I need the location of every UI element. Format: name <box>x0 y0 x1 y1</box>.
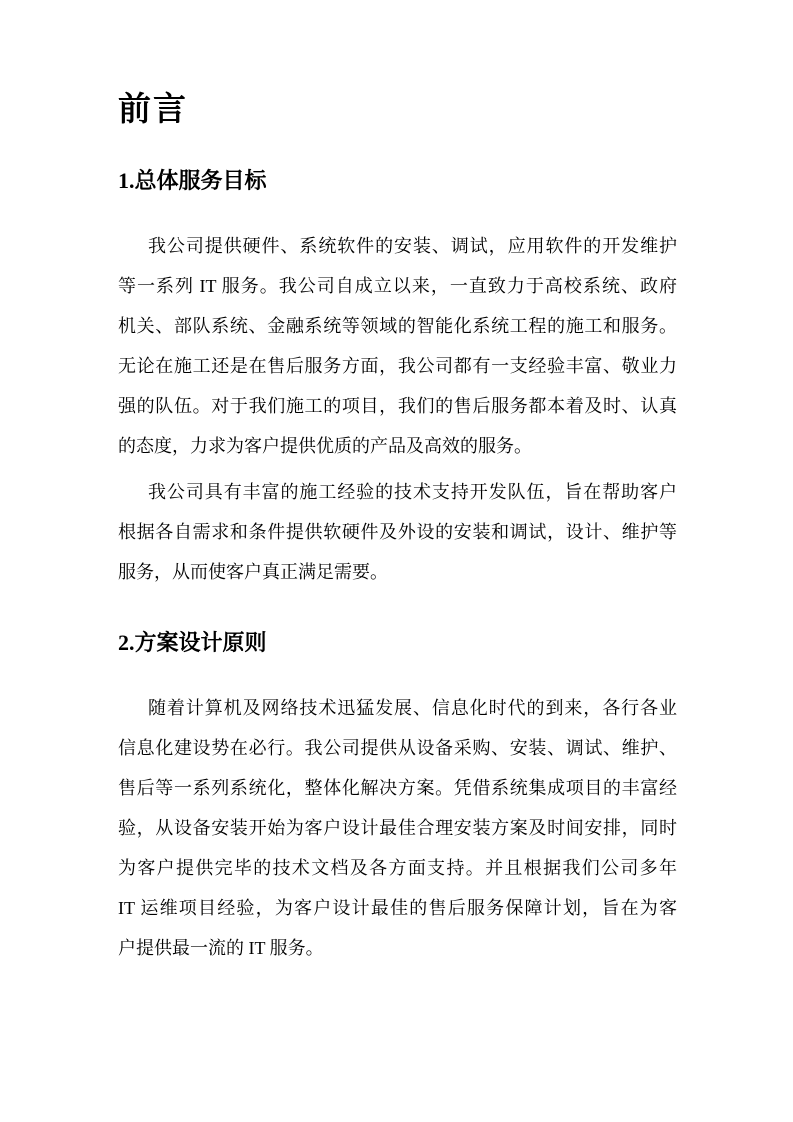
text-line: 随着计算机及网络技术迅猛发展、信息化时代的到来，各行各业 <box>118 688 677 728</box>
text-line: 为客户提供完毕的技术文档及各方面支持。并且根据我们公司多年 <box>118 848 677 888</box>
text-line: 等一系列 IT 服务。我公司自成立以来，一直致力于高校系统、政府 <box>118 266 677 306</box>
paragraph: 随着计算机及网络技术迅猛发展、信息化时代的到来，各行各业信息化建设势在必行。我公… <box>118 688 677 968</box>
paragraph: 我公司具有丰富的施工经验的技术支持开发队伍，旨在帮助客户根据各自需求和条件提供软… <box>118 472 677 592</box>
text-line: 售后等一系列系统化，整体化解决方案。凭借系统集成项目的丰富经 <box>118 768 677 808</box>
text-line: 无论在施工还是在售后服务方面，我公司都有一支经验丰富、敬业力 <box>118 346 677 386</box>
text-line: 的态度，力求为客户提供优质的产品及高效的服务。 <box>118 426 677 466</box>
text-line: 我公司提供硬件、系统软件的安装、调试，应用软件的开发维护 <box>118 226 677 266</box>
text-line: 强的队伍。对于我们施工的项目，我们的售后服务都本着及时、认真 <box>118 386 677 426</box>
text-line: 服务，从而使客户真正满足需要。 <box>118 552 677 592</box>
text-line: IT 运维项目经验，为客户设计最佳的售后服务保障计划，旨在为客 <box>118 888 677 928</box>
text-line: 我公司具有丰富的施工经验的技术支持开发队伍，旨在帮助客户 <box>118 472 677 512</box>
text-line: 根据各自需求和条件提供软硬件及外设的安装和调试，设计、维护等 <box>118 512 677 552</box>
text-line: 验，从设备安装开始为客户设计最佳合理安装方案及时间安排，同时 <box>118 808 677 848</box>
document-page: 前言 1.总体服务目标我公司提供硬件、系统软件的安装、调试，应用软件的开发维护等… <box>0 0 793 1122</box>
text-line: 信息化建设势在必行。我公司提供从设备采购、安装、调试、维护、 <box>118 728 677 768</box>
document-body: 1.总体服务目标我公司提供硬件、系统软件的安装、调试，应用软件的开发维护等一系列… <box>118 166 677 968</box>
section-heading-2: 2.方案设计原则 <box>118 628 677 658</box>
text-line: 机关、部队系统、金融系统等领域的智能化系统工程的施工和服务。 <box>118 306 677 346</box>
text-line: 户提供最一流的 IT 服务。 <box>118 928 677 968</box>
page-title: 前言 <box>118 90 677 130</box>
paragraph: 我公司提供硬件、系统软件的安装、调试，应用软件的开发维护等一系列 IT 服务。我… <box>118 226 677 466</box>
section-heading-1: 1.总体服务目标 <box>118 166 677 196</box>
